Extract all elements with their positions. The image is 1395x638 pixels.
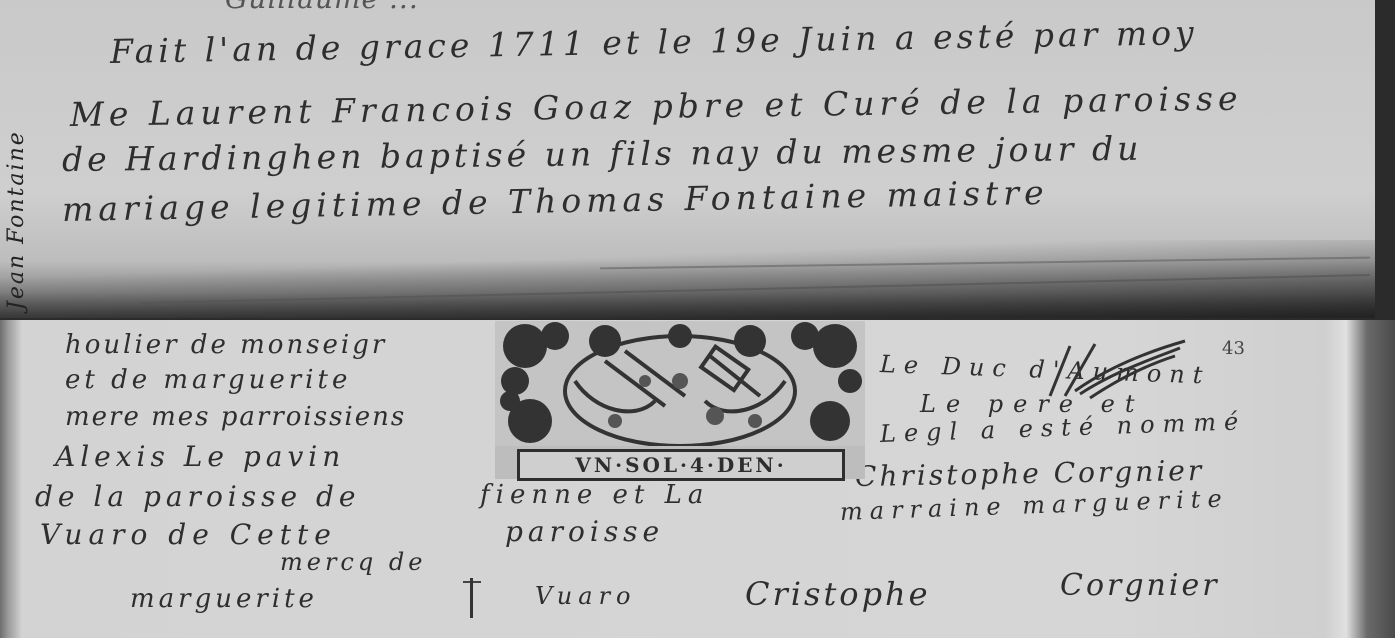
left-line-3: mere mes parroissiens bbox=[65, 402, 406, 432]
margin-note: Jean Fontaine bbox=[4, 30, 29, 310]
signature-cristophe: Cristophe bbox=[745, 575, 931, 613]
register-panel-top: Jean Fontaine Guillaume ... Fait l'an de… bbox=[0, 0, 1375, 318]
cross-mark-icon bbox=[463, 573, 481, 618]
entry-line-2: Me Laurent Francois Goaz pbre et Curé de… bbox=[70, 79, 1243, 134]
entry-line-1: Fait l'an de grace 1711 et le 19e Juin a… bbox=[110, 13, 1198, 71]
left-line-7: mercq de bbox=[280, 548, 426, 576]
tax-stamp: VN·SOL·4·DEN· bbox=[495, 321, 865, 479]
left-line-8: marguerite bbox=[130, 584, 318, 614]
left-line-4: Alexis Le pavin bbox=[55, 440, 345, 473]
stamp-label: VN·SOL·4·DEN· bbox=[517, 449, 845, 481]
entry-line-3: de Hardinghen baptisé un fils nay du mes… bbox=[62, 129, 1143, 179]
signature-vuaro: Vuaro bbox=[535, 582, 636, 610]
signature-corgnier: Corgnier bbox=[1060, 568, 1220, 603]
middle-line-2: paroisse bbox=[505, 515, 664, 548]
signature-flourish-icon bbox=[1040, 336, 1190, 406]
entry-line-4: mariage legitime de Thomas Fontaine mais… bbox=[62, 173, 1049, 229]
fleur-de-lis-crest-icon bbox=[495, 321, 865, 446]
left-line-1: houlier de monseigr bbox=[65, 330, 387, 360]
left-line-2: et de marguerite bbox=[65, 365, 351, 395]
page-number: 43 bbox=[1222, 338, 1245, 359]
left-line-6: Vuaro de Cette bbox=[40, 518, 337, 551]
middle-line-1: fienne et La bbox=[480, 480, 709, 510]
cutoff-line: Guillaume ... bbox=[225, 0, 419, 15]
left-line-5: de la paroisse de bbox=[35, 480, 360, 513]
